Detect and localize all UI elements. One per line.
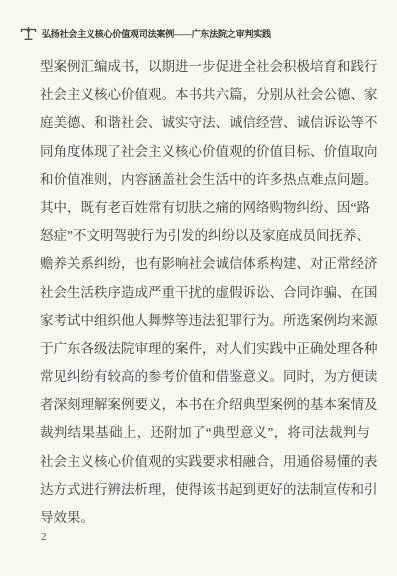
body-line: 者深刻理解案例要义，本书在介绍典型案例的基本案情及 — [40, 391, 370, 419]
body-line: 导效果。 — [40, 504, 370, 532]
page-number: 2 — [41, 531, 47, 543]
body-line: 同角度体现了社会主义核心价值观的价值目标、价值取向 — [40, 138, 370, 166]
body-line: 家考试中组织他人舞弊等违法犯罪行为。所选案例均来源 — [40, 307, 370, 335]
body-line: 社会生活秩序造成严重干扰的虚假诉讼、合同诈骗、在国 — [40, 279, 370, 307]
body-line: 怒症”不文明驾驶行为引发的纠纷以及家庭成员间抚养、 — [40, 222, 370, 250]
body-text: 型案例汇编成书，以期进一步促进全社会积极培育和践行 社会主义核心价值观。本书共六… — [40, 53, 370, 532]
body-line: 常见纠纷有较高的参考价值和借鉴意义。同时，为方便读 — [40, 363, 370, 391]
body-line: 庭美德、和谐社会、诚实守法、诚信经营、诚信诉讼等不 — [40, 109, 370, 137]
body-line: 和价值准则，内容涵盖社会生活中的许多热点难点问题。 — [40, 166, 370, 194]
header-title: 弘扬社会主义核心价值观司法案例——广东法院之审判实践 — [42, 27, 271, 40]
body-line: 于广东各级法院审理的案件，对人们实践中正确处理各种 — [40, 335, 370, 363]
running-header: 弘扬社会主义核心价值观司法案例——广东法院之审判实践 — [20, 25, 377, 41]
body-line: 达方式进行辨法析理，使得该书起到更好的法制宣传和引 — [40, 476, 370, 504]
body-line: 赡养关系纠纷，也有影响社会诚信体系构建、对正常经济 — [40, 250, 370, 278]
scales-of-justice-icon — [20, 26, 37, 41]
body-line: 社会主义核心价值观的实践要求相融合，用通俗易懂的表 — [40, 448, 370, 476]
body-line: 型案例汇编成书，以期进一步促进全社会积极培育和践行 — [40, 53, 370, 81]
body-line: 社会主义核心价值观。本书共六篇，分别从社会公德、家 — [40, 81, 370, 109]
body-line: 其中，既有老百姓常有切肤之痛的网络购物纠纷、因“路 — [40, 194, 370, 222]
body-line: 裁判结果基础上，还附加了“典型意义”，将司法裁判与 — [40, 419, 370, 447]
book-page: 弘扬社会主义核心价值观司法案例——广东法院之审判实践 型案例汇编成书，以期进一步… — [0, 0, 397, 576]
